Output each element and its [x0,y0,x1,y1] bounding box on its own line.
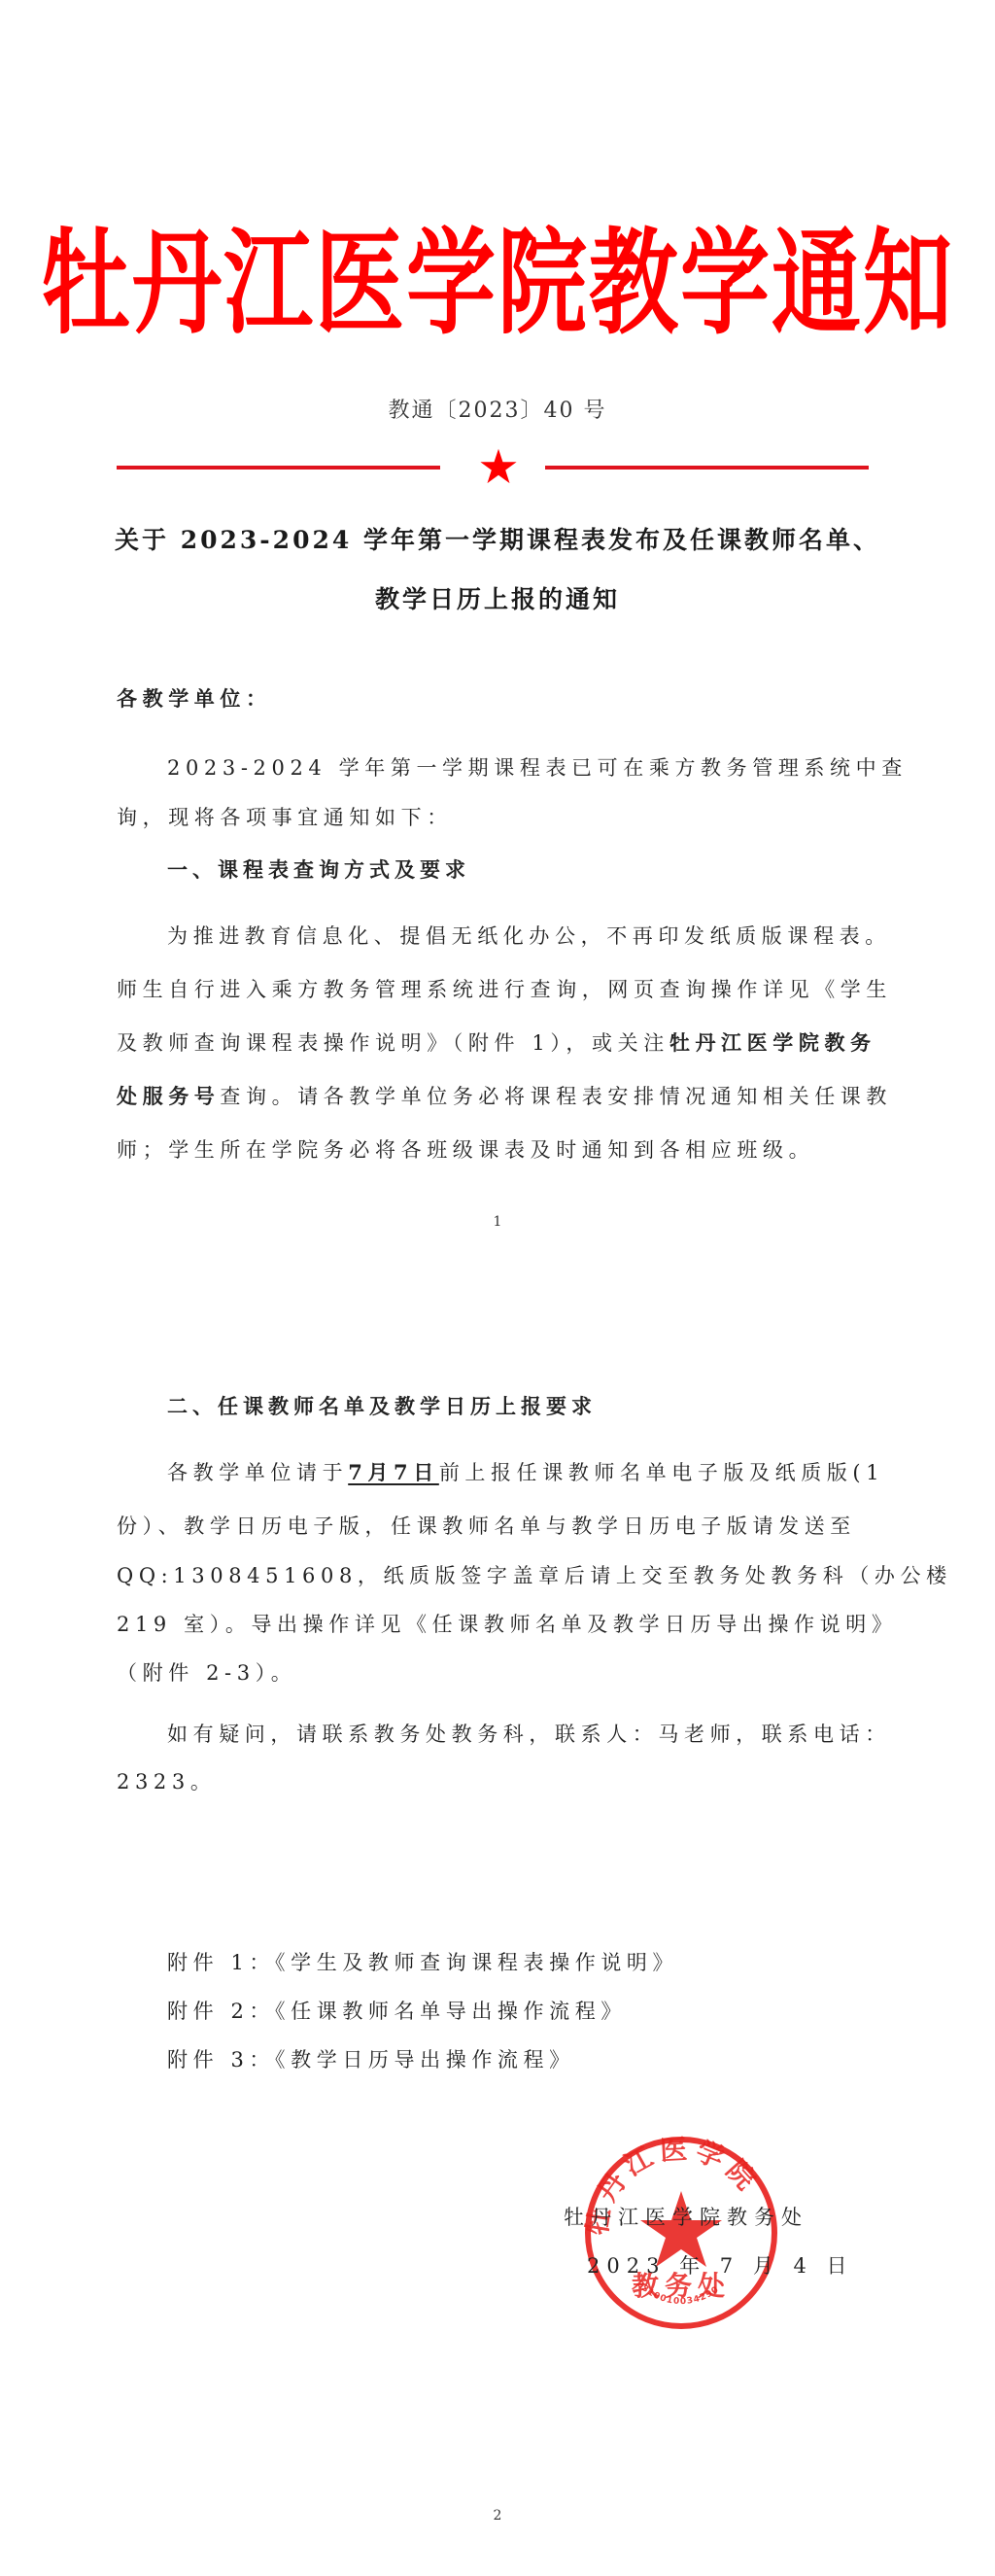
section1-line-3: 及教师查询课程表操作说明》（附件 1），或关注牡丹江医学院教务 [117,1028,876,1058]
section2-line-4: 219 室）。导出操作详见《任课教师名单及教学日历导出操作说明》 [117,1610,897,1639]
section1-heading: 一、课程表查询方式及要求 [167,855,470,885]
section1-line-4-text: 查询。请各教学单位务必将课程表安排情况通知相关任课教 [220,1085,892,1108]
signature-org: 牡丹江医学院教务处 [564,2203,808,2232]
service-account-name-part1: 牡丹江医学院教务 [669,1030,876,1055]
page-number-2: 2 [0,2508,995,2524]
document-number: 教通〔2023〕40 号 [0,397,995,426]
masthead-title: 牡丹江医学院教学通知 [0,216,995,353]
section2-line-1: 各教学单位请于7月7日前上报任课教师名单电子版及纸质版(1 [167,1458,884,1487]
section2-line-5: （附件 2-3）。 [117,1658,296,1688]
section2-line-1-pre: 各教学单位请于 [167,1461,348,1484]
salutation: 各教学单位： [117,684,272,714]
contact-line-2: 2323。 [117,1767,216,1796]
section1-line-1: 为推进教育信息化、提倡无纸化办公，不再印发纸质版课程表。 [167,922,891,951]
attachment-3: 附件 3：《教学日历导出操作流程》 [167,2045,575,2074]
red-star-icon [480,448,517,485]
service-account-name-part2: 处服务号 [117,1084,220,1108]
section1-line-4: 处服务号查询。请各教学单位务必将课程表安排情况通知相关任课教 [117,1082,892,1111]
official-seal-icon: 牡丹江医学院 教务处 2310010034290 [583,2135,779,2331]
deadline-date: 7月7日 [348,1460,439,1484]
intro-line-1: 2023-2024 学年第一学期课程表已可在乘方教务管理系统中查 [167,753,908,783]
header-divider-right [545,466,869,470]
section2-line-1-post: 前上报任课教师名单电子版及纸质版(1 [439,1461,884,1484]
notice-title-line2: 教学日历上报的通知 [0,584,995,615]
intro-line-2: 询，现将各项事宜通知如下： [117,803,453,832]
section1-line-3-text: 及教师查询课程表操作说明》（附件 1），或关注 [117,1031,669,1055]
attachment-1: 附件 1：《学生及教师查询课程表操作说明》 [167,1948,678,1977]
section1-line-5: 师；学生所在学院务必将各班级课表及时通知到各相应班级。 [117,1135,814,1165]
section2-line-3: QQ:1308451608，纸质版签字盖章后请上交至教务处教务科（办公楼 [117,1561,952,1590]
section2-heading: 二、任课教师名单及教学日历上报要求 [167,1392,597,1421]
page-number-1: 1 [0,1214,995,1230]
attachment-2: 附件 2：《任课教师名单导出操作流程》 [167,1997,627,2026]
contact-line-1: 如有疑问，请联系教务处教务科，联系人：马老师，联系电话： [167,1720,891,1749]
section1-line-2: 师生自行进入乘方教务管理系统进行查询，网页查询操作详见《学生 [117,975,892,1004]
header-divider-left [117,466,440,470]
notice-title-line1: 关于 2023-2024 学年第一学期课程表发布及任课教师名单、 [0,525,995,556]
signature-date: 2023 年 7 月 4 日 [587,2251,854,2280]
section2-line-2: 份）、教学日历电子版，任课教师名单与教学日历电子版请发送至 [117,1512,856,1541]
